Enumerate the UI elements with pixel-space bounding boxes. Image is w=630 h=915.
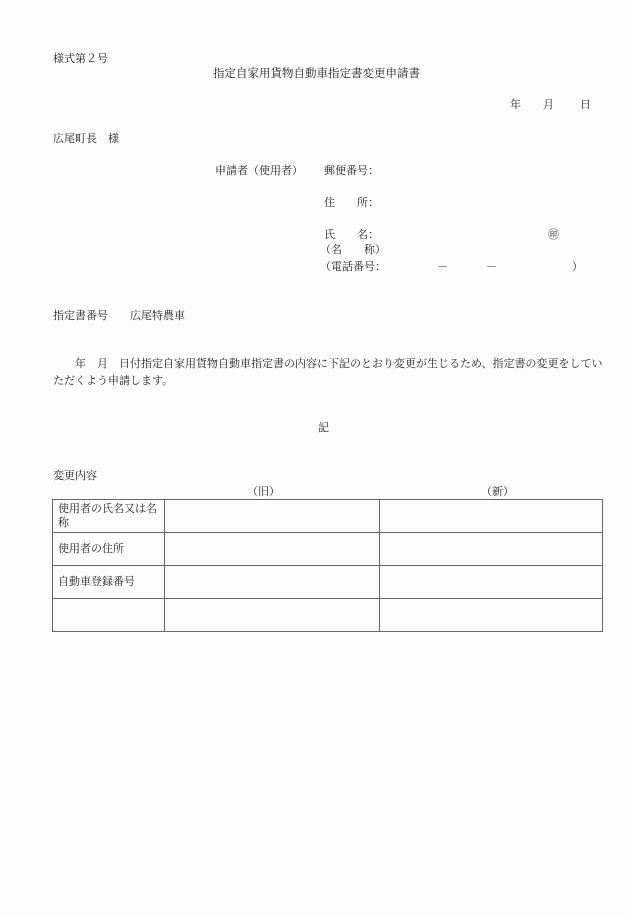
item-cell xyxy=(53,599,165,632)
table-row xyxy=(53,599,603,632)
addressee: 広尾町長 様 xyxy=(53,132,119,146)
table-row: 自動車登録番号 xyxy=(53,566,603,599)
item-cell: 使用者の氏名又は名称 xyxy=(53,500,165,533)
item-cell: 自動車登録番号 xyxy=(53,566,165,599)
old-value-cell[interactable] xyxy=(165,599,380,632)
applicant-label: 申請者（使用者） xyxy=(215,164,303,178)
new-value-cell[interactable] xyxy=(380,533,603,566)
address-label: 住 所： xyxy=(324,196,379,210)
new-value-cell[interactable] xyxy=(380,599,603,632)
org-name-label: （名 称） xyxy=(320,243,386,257)
old-value-cell[interactable] xyxy=(165,500,380,533)
certificate-number-value: 広尾特農車 xyxy=(130,309,185,323)
form-number: 様式第２号 xyxy=(53,52,108,66)
phone-label: （電話番号： xyxy=(320,260,386,273)
phone-line: （電話番号：－－） xyxy=(320,260,583,274)
ki-heading: 記 xyxy=(318,421,329,435)
old-value-cell[interactable] xyxy=(165,566,380,599)
changes-label: 変更内容 xyxy=(53,469,97,483)
document-title: 指定自家用貨物自動車指定書変更申請書 xyxy=(213,66,420,80)
table-row: 使用者の氏名又は名称 xyxy=(53,500,603,533)
body-text: 年 月 日付指定自家用貨物自動車指定書の内容に下記のとおり変更が生じるため、指定… xyxy=(53,355,603,389)
new-value-cell[interactable] xyxy=(380,566,603,599)
date-month: 月 xyxy=(543,98,580,112)
date-day: 日 xyxy=(580,98,591,112)
postal-code-label: 郵便番号： xyxy=(324,164,379,178)
certificate-number: 指定書番号広尾特農車 xyxy=(53,309,185,323)
table-row: 使用者の住所 xyxy=(53,533,603,566)
column-header-old: （旧） xyxy=(247,485,280,499)
date-year: 年 xyxy=(510,98,543,112)
certificate-number-label: 指定書番号 xyxy=(53,309,108,322)
old-value-cell[interactable] xyxy=(165,533,380,566)
phone-close: ） xyxy=(572,260,583,274)
name-label: 氏 名： xyxy=(324,228,379,242)
phone-separator-2: － xyxy=(486,260,497,274)
seal-icon: ㊞ xyxy=(548,228,559,242)
item-cell: 使用者の住所 xyxy=(53,533,165,566)
phone-separator-1: － xyxy=(437,260,448,274)
date-line: 年月日 xyxy=(510,98,591,112)
new-value-cell[interactable] xyxy=(380,500,603,533)
column-header-new: （新） xyxy=(481,485,514,499)
changes-table: 使用者の氏名又は名称 使用者の住所 自動車登録番号 xyxy=(52,499,603,632)
